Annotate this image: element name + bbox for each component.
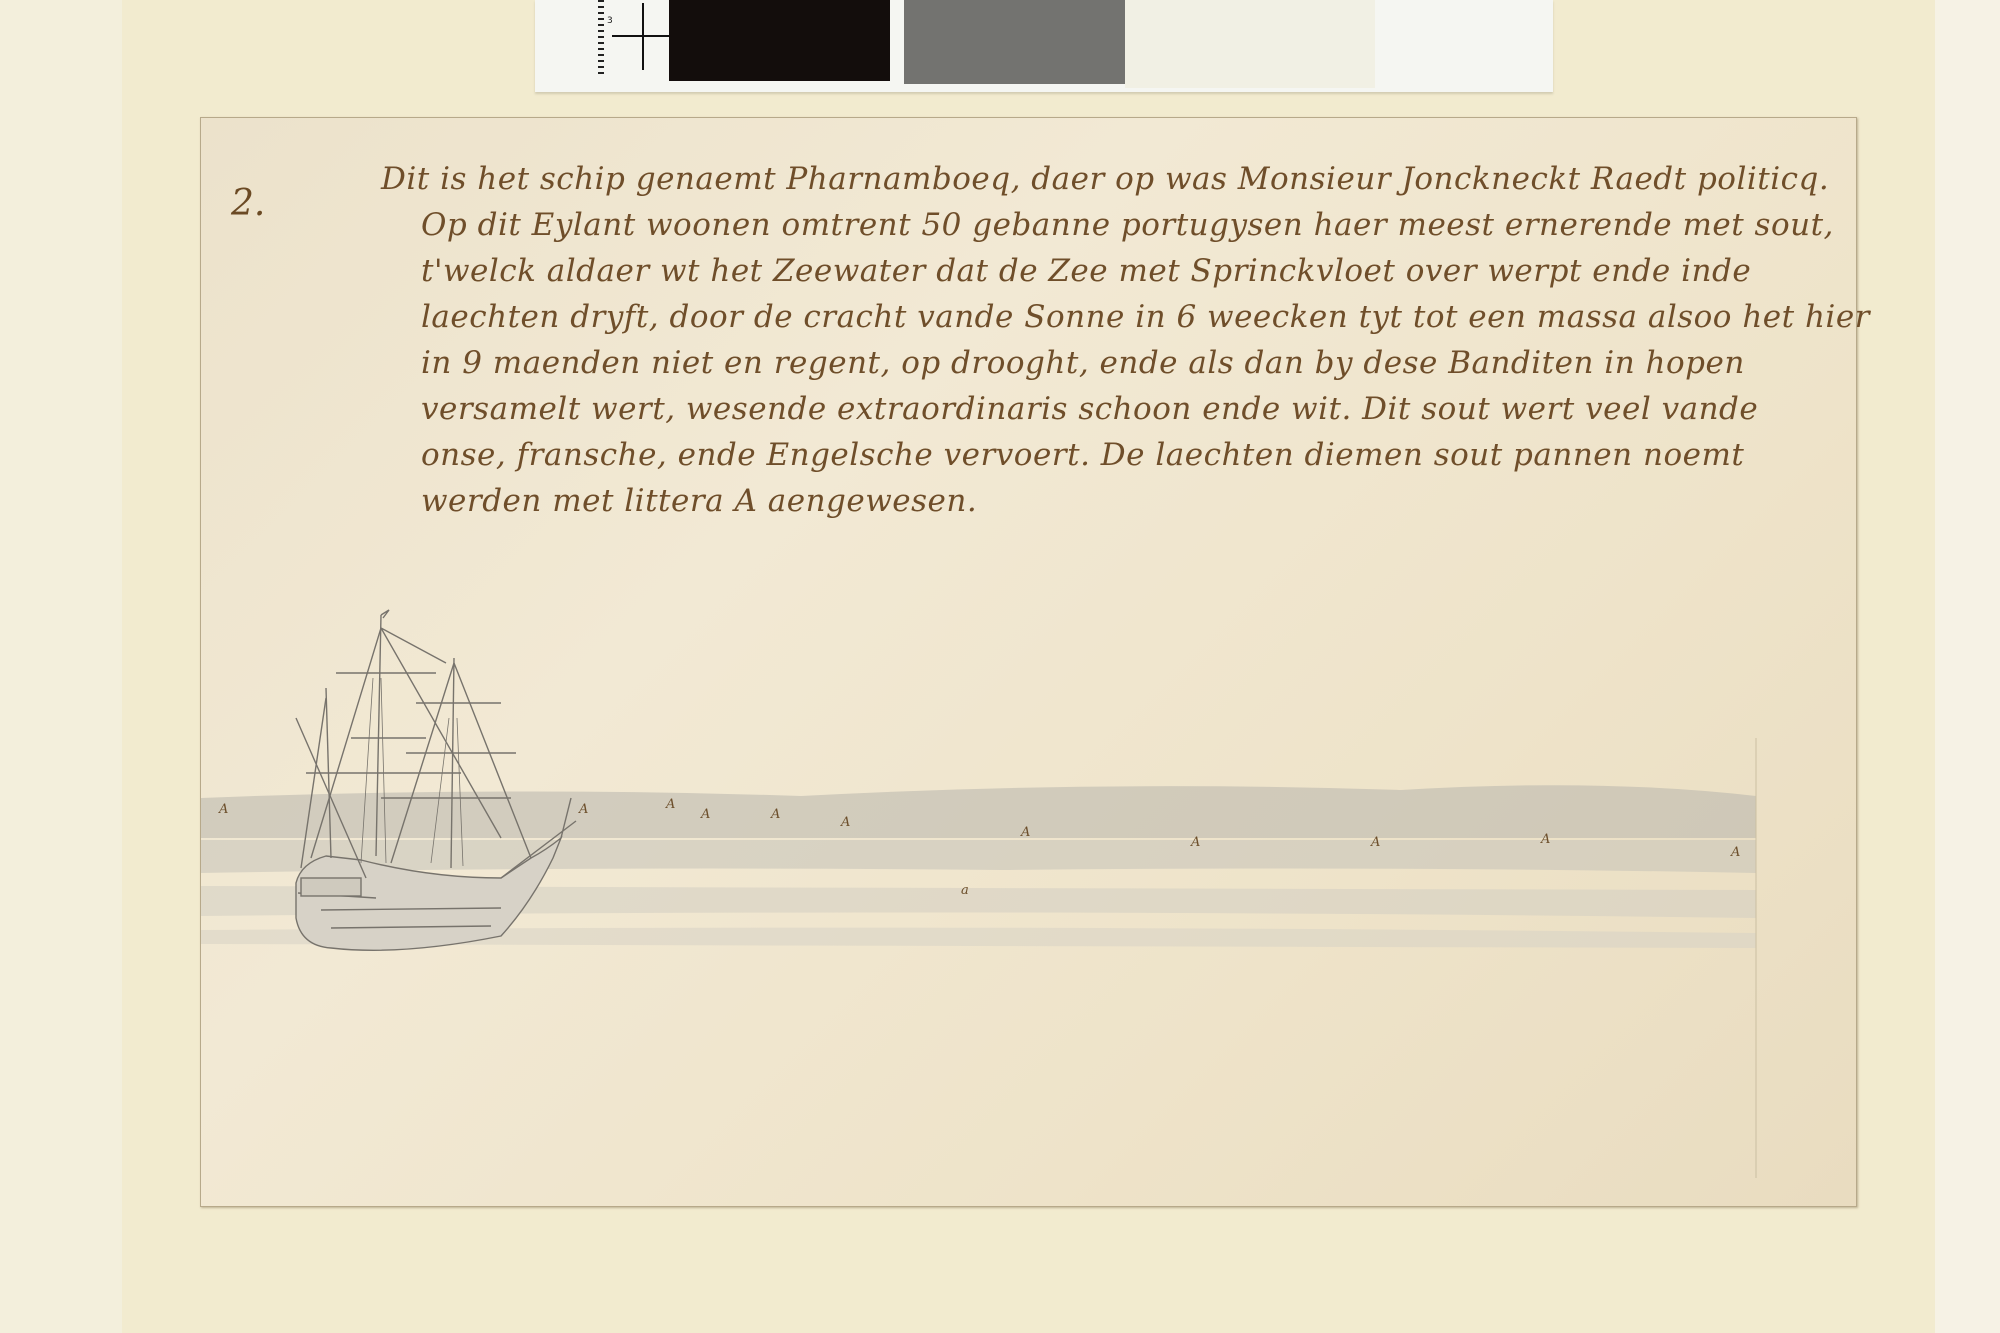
svg-text:A: A [840, 815, 850, 830]
svg-text:A: A [700, 807, 710, 822]
ship-and-coast-drawing: A A A A A A A A A A A a [201, 118, 1856, 1206]
svg-text:A: A [218, 802, 228, 817]
color-calibration-card: 3 [535, 0, 1553, 92]
backdrop-right [1935, 0, 2000, 1333]
gray-patch [904, 0, 1125, 84]
svg-text:A: A [1190, 835, 1200, 850]
svg-text:A: A [1370, 835, 1380, 850]
svg-text:A: A [770, 807, 780, 822]
manuscript-sheet: 2. Dit is het schip genaemt Pharnamboeq,… [200, 117, 1857, 1207]
svg-text:A: A [1540, 832, 1550, 847]
backdrop-left [0, 0, 122, 1333]
white-patch [1125, 0, 1375, 88]
ruler-number: 3 [607, 16, 613, 26]
svg-text:a: a [961, 883, 969, 898]
black-patch [669, 0, 890, 81]
svg-text:A: A [665, 797, 675, 812]
scale-ruler [598, 0, 604, 76]
svg-text:A: A [1730, 845, 1740, 860]
svg-text:A: A [578, 802, 588, 817]
svg-text:A: A [1020, 825, 1030, 840]
